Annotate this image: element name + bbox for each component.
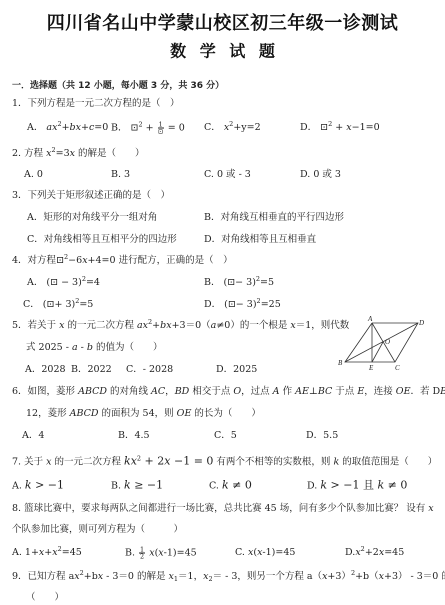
question-3: 3．下列关于矩形叙述正确的是（ ） <box>12 190 170 202</box>
option-label: B. <box>111 169 121 180</box>
option-text: 4 <box>38 430 44 441</box>
option-label: C． <box>23 299 40 310</box>
option-label: C． <box>204 122 221 133</box>
option-text: 对角线相等且互相平分的四边形 <box>44 234 177 245</box>
question-number: 9． <box>12 571 28 582</box>
option-b: B. k ≥ −1 <box>111 480 163 493</box>
option-label: A． <box>25 364 41 375</box>
option-label: C． <box>27 234 44 245</box>
option-label: B． <box>204 277 220 288</box>
point-c-label: C <box>395 364 400 372</box>
option-b: B． ⊡2 + 1⊡ = 0 <box>111 122 185 135</box>
point-e-label: E <box>368 364 374 372</box>
option-label: A. <box>12 481 22 492</box>
option-a: A． ax2+bx+c=0 <box>27 122 108 134</box>
option-label: A． <box>27 277 43 288</box>
option-c: C. 0 或 - 3 <box>204 169 251 181</box>
question-9: 9．已知方程 ax2+bx - 3＝0 的解是 x1＝1，x2＝ - 3，则另一… <box>12 571 445 583</box>
option-text: 对角线互相垂直的平行四边形 <box>220 212 344 223</box>
question-8: 8. 篮球比赛中，要求每两队之间都进行一场比赛，总共比赛 45 场，问有多少个队… <box>12 503 434 515</box>
question-6-line2: 12，菱形 ABCD 的面积为 54，则 OE 的长为（ ） <box>26 408 261 420</box>
question-5: 5．若关于 x 的一元二次方程 ax2+bx+3＝0（a≠0）的一个根是 x＝1… <box>12 320 349 332</box>
option-b: B．对角线互相垂直的平行四边形 <box>204 212 344 224</box>
diagonal-bd <box>345 323 418 362</box>
section-heading: 一．选择题（共 12 小题，每小题 3 分，共 36 分） <box>12 80 224 92</box>
option-b: B．4.5 <box>118 430 150 442</box>
option-text: 5 <box>231 430 237 441</box>
option-label: B． <box>71 364 87 375</box>
option-label: B． <box>204 212 220 223</box>
option-label: D. <box>300 169 310 180</box>
exam-title: 四川省名山中学蒙山校区初三年级一诊测试 <box>0 9 445 35</box>
question-stem: 下列方程是一元二次方程的是（ ） <box>28 98 180 109</box>
option-label: D． <box>216 364 233 375</box>
option-text: 0 <box>37 169 43 180</box>
option-label: B. <box>111 481 121 492</box>
point-b-label: B <box>338 359 343 367</box>
option-label: A． <box>27 212 43 223</box>
question-number: 1． <box>12 98 28 109</box>
option-text: 5.5 <box>323 430 338 441</box>
exam-subtitle: 数 学 试 题 <box>0 39 445 62</box>
option-text: 4.5 <box>134 430 149 441</box>
option-label: D. <box>345 547 355 558</box>
question-stem: 对方程 <box>28 255 57 266</box>
question-8-line2: 个队参加比赛，则可列方程为（ ） <box>12 524 183 536</box>
option-label: D． <box>204 234 221 245</box>
option-label: A． <box>22 430 38 441</box>
option-label: B. <box>125 548 135 559</box>
option-d: D．2025 <box>216 364 257 376</box>
option-d: D．5.5 <box>306 430 338 442</box>
option-d: D.x2+2x=45 <box>345 547 404 559</box>
option-label: D． <box>306 430 323 441</box>
option-label: B． <box>118 430 134 441</box>
question-number: 3． <box>12 190 28 201</box>
rhombus-figure: A D O B E C <box>332 312 444 374</box>
question-number: 5． <box>12 320 28 331</box>
option-a: A. 1+x+x2=45 <box>12 547 82 559</box>
option-c: C．- 2028 <box>126 364 173 376</box>
option-b: B. 12 x(x-1)=45 <box>125 547 197 560</box>
question-1: 1．下列方程是一元二次方程的是（ ） <box>12 98 180 110</box>
question-stem: 进行配方，正确的是（ ） <box>119 255 233 266</box>
point-a-label: A <box>367 315 373 323</box>
question-9-line2: （ ） <box>26 592 64 604</box>
option-d: D. k > −1 且 k ≠ 0 <box>307 480 407 493</box>
option-text: 2022 <box>87 364 111 375</box>
option-a: A． (⊡ − 3)2=4 <box>27 277 100 289</box>
option-label: A. <box>24 169 34 180</box>
option-a: A. 0 <box>24 169 43 181</box>
option-label: C. <box>235 547 245 558</box>
question-stem: 下列关于矩形叙述正确的是（ ） <box>28 190 171 201</box>
point-d-label: D <box>418 319 424 327</box>
option-label: C. <box>204 169 214 180</box>
option-c: C. k ≠ 0 <box>209 480 252 493</box>
point-o-label: O <box>385 338 390 346</box>
question-2: 2. 方程 x2=3x 的解是（ ） <box>12 148 145 160</box>
option-label: C. <box>209 481 219 492</box>
option-text: 2025 <box>233 364 257 375</box>
option-text: - 2028 <box>143 364 173 375</box>
option-c: C. x(x-1)=45 <box>235 547 295 559</box>
option-text: 0 或 3 <box>313 169 341 180</box>
option-label: D． <box>300 122 317 133</box>
option-b: B． (⊡− 3)2=5 <box>204 277 274 289</box>
option-c: C．对角线相等且互相平分的四边形 <box>27 234 177 246</box>
option-text: 对角线相等且互相垂直 <box>221 234 316 245</box>
option-label: C． <box>126 364 143 375</box>
question-number: 4． <box>12 255 28 266</box>
question-7: 7. 关于 x 的一元二次方程 kx2 + 2x −1 = 0 有两个不相等的实… <box>12 456 437 469</box>
fraction: 1⊡ <box>158 122 164 135</box>
fraction-half: 12 <box>139 547 145 560</box>
option-d: D． ⊡2 + x−1=0 <box>300 122 380 134</box>
question-4: 4．对方程⊡2−6x+4=0 进行配方，正确的是（ ） <box>12 255 233 267</box>
option-text: 0 或 - 3 <box>217 169 251 180</box>
option-b: B．2022 <box>71 364 112 376</box>
option-label: D． <box>204 299 221 310</box>
option-d: D． (⊡− 3)2=25 <box>204 299 281 311</box>
option-a: A. k > −1 <box>12 480 64 493</box>
option-b: B. 3 <box>111 169 130 181</box>
option-label: A． <box>27 122 43 133</box>
option-c: C．5 <box>214 430 237 442</box>
option-a: A．4 <box>22 430 44 442</box>
option-d: D．对角线相等且互相垂直 <box>204 234 316 246</box>
option-label: C． <box>214 430 231 441</box>
option-text: 矩形的对角线平分一组对角 <box>43 212 157 223</box>
option-label: A. <box>12 547 22 558</box>
question-6: 6．如图，菱形 ABCD 的对角线 AC，BD 相交于点 O，过点 A 作 AE… <box>12 386 445 398</box>
question-number: 2. <box>12 148 21 159</box>
question-5-line2: 式 2025 - a - b 的值为（ ） <box>26 342 163 354</box>
question-number: 7. <box>12 457 21 468</box>
option-c: C． x2+y=2 <box>204 122 261 134</box>
option-text: 3 <box>124 169 130 180</box>
option-label: D. <box>307 481 317 492</box>
option-text: 2028 <box>41 364 65 375</box>
option-c: C． (⊡+ 3)2=5 <box>23 299 93 311</box>
question-number: 6． <box>12 386 28 397</box>
option-a: A．矩形的对角线平分一组对角 <box>27 212 157 224</box>
option-a: A．2028 <box>25 364 66 376</box>
option-d: D. 0 或 3 <box>300 169 341 181</box>
option-label: B． <box>111 123 127 134</box>
question-number: 8. <box>12 503 21 514</box>
